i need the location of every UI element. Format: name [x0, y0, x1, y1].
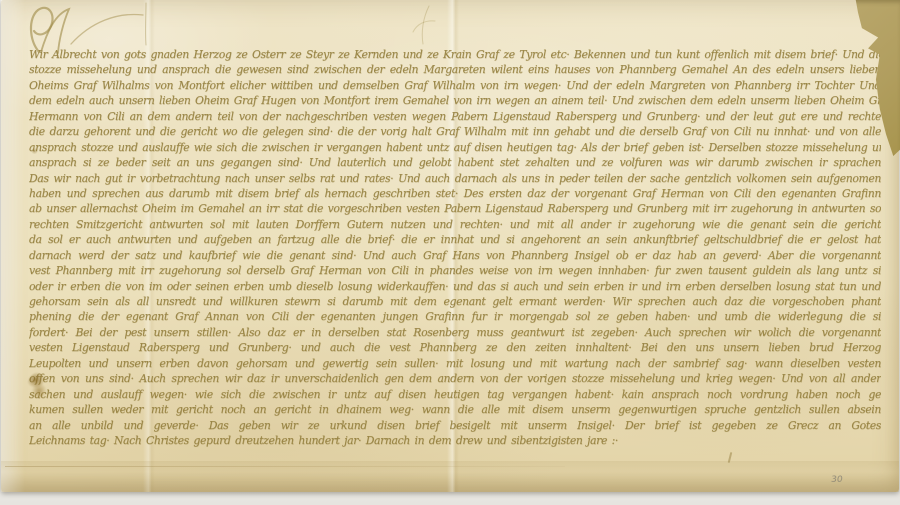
manuscript-line: vest Phannberg mit irr zugehorung sol de… [29, 263, 881, 279]
manuscript-line: oder ir erben die von im oder seinen erb… [29, 278, 881, 294]
fold-crease-line [5, 466, 565, 467]
manuscript-line: stozze missehelung und ansprach die gewe… [29, 62, 881, 78]
manuscript-line: ansprach stozze und auslauffe wie sich d… [29, 139, 881, 155]
parchment-sheet: Wir Albrecht von gots gnaden Herzog ze O… [1, 0, 899, 492]
manuscript-line: offen von uns sind· Auch sprechen wir da… [29, 371, 881, 387]
manuscript-line: haben und sprechen aus darumb mit disem … [29, 186, 881, 202]
manuscript-line: Das wir nach gut ir vorbetrachtung nach … [29, 170, 881, 186]
page-number-annotation: 30 [830, 475, 843, 485]
charter-scan-page: Wir Albrecht von gots gnaden Herzog ze O… [0, 0, 900, 505]
left-margin-fold [1, 0, 25, 492]
manuscript-line: vesten Ligenstaud Rabersperg und Grunber… [29, 340, 881, 356]
manuscript-line: rechten Smitzgericht antwurten sol mit l… [29, 217, 881, 233]
ink-stain-small [31, 148, 38, 154]
manuscript-line: Hermann von Cili an dem andern teil von … [29, 109, 881, 125]
manuscript-line: ab unser allernachst Oheim im Gemahel an… [29, 201, 881, 217]
ink-stain [27, 372, 49, 399]
manuscript-line: da sol er auch antwurten und aufgeben an… [29, 232, 881, 248]
manuscript-line: darnach werd der satz und kaufbrief wie … [29, 247, 881, 263]
manuscript-line: Leupolten und unsern erben davon gehorsa… [29, 356, 881, 372]
manuscript-line-dating-clause: Leichnams tag· Nach Christes gepurd dreu… [29, 433, 881, 449]
manuscript-line: die darzu gehorent und die gericht wo di… [29, 124, 881, 140]
manuscript-text-block: Wir Albrecht von gots gnaden Herzog ze O… [29, 47, 881, 448]
manuscript-line: Wir Albrecht von gots gnaden Herzog ze O… [29, 47, 881, 63]
manuscript-line: Oheims Graf Wilhalms von Montfort eliche… [29, 78, 881, 94]
manuscript-line: ansprach si ze beder seit an uns gegange… [29, 155, 881, 171]
manuscript-line: gehorsam sein als all unsredt und willku… [29, 294, 881, 310]
manuscript-line: an alle unbild und geverde· Das geben wi… [29, 417, 881, 433]
manuscript-line: fordert· Bei der pest unsern stillen· Al… [29, 325, 881, 341]
manuscript-line: dem edeln auch unsern lieben Oheim Graf … [29, 93, 881, 109]
manuscript-line: phening die der egenant Graf Annan von C… [29, 309, 881, 325]
manuscript-line: kumen sullen weder mit gericht noch an g… [29, 402, 881, 418]
manuscript-line: sachen und auslauff wegen· wie sich die … [29, 386, 881, 402]
